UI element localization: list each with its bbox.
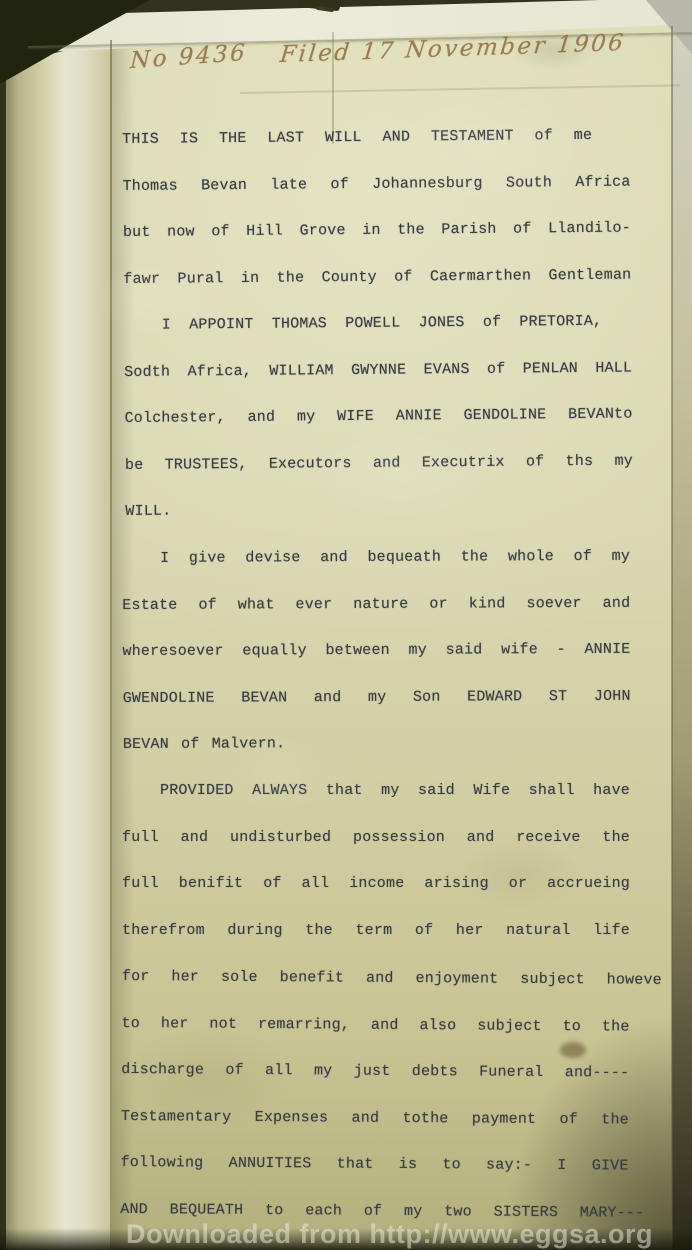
text-paragraph: THIS IS THE LAST WILL AND TESTAMENT of m… xyxy=(122,119,685,527)
text-line: to her not remarring, and also subject t… xyxy=(121,1007,629,1042)
text-line: therefrom during the term of her natural… xyxy=(122,915,630,946)
text-line: fawr Pural in the County of Caermarthen … xyxy=(123,259,631,294)
text-line: Sodth Africa, WILLIAM GWYNNE EVANS of PE… xyxy=(124,352,632,387)
text-paragraph: PROVIDED ALWAYS that my said Wife shall … xyxy=(122,775,682,946)
text-line: I give devise and bequeath the whole of … xyxy=(122,540,630,573)
text-line: discharge of all my just debts Funeral a… xyxy=(121,1054,629,1089)
scanned-will-document: No 9436 Filed 17 November 1906 THIS IS T… xyxy=(0,0,692,1250)
text-line: Thomas Bevan late of Johannesburg South … xyxy=(122,166,630,201)
text-line: I APPOINT THOMAS POWELL JONES of PRETORI… xyxy=(124,306,632,341)
text-line: following ANNUITIES that is to say:- I G… xyxy=(120,1147,628,1182)
text-line: Testamentary Expenses and tothe payment … xyxy=(121,1100,629,1135)
text-paragraph: I give devise and bequeath the whole of … xyxy=(122,540,683,759)
text-line: wheresoever equally between my said wife… xyxy=(122,633,630,666)
text-line: for her sole benefit and enjoyment subje… xyxy=(122,961,662,996)
text-line: Colchester, and my WIFE ANNIE GENDOLINE … xyxy=(124,399,632,434)
text-line: BEVAN of Malvern. xyxy=(123,726,631,759)
text-line: GWENDOLINE BEVAN and my Son EDWARD ST JO… xyxy=(123,680,631,713)
page-edge-line xyxy=(110,40,112,1250)
text-line: THIS IS THE LAST WILL AND TESTAMENT of m… xyxy=(122,120,592,155)
underlying-page-edge xyxy=(6,0,112,1250)
will-text-body: THIS IS THE LAST WILL AND TESTAMENT of m… xyxy=(122,124,682,1240)
text-line: full benifit of all income arising or ac… xyxy=(122,868,630,899)
watermark-text: Downloaded from http://www.eggsa.org xyxy=(126,1219,653,1250)
text-line: PROVIDED ALWAYS that my said Wife shall … xyxy=(122,775,630,806)
text-line: be TRUSTEES, Executors and Executrix of … xyxy=(125,445,633,480)
text-line: WILL. xyxy=(125,492,633,527)
text-line: Estate of what ever nature or kind soeve… xyxy=(122,587,630,620)
text-line: but now of Hill Grove in the Parish of L… xyxy=(123,213,631,248)
text-paragraph: for her sole benefit and enjoyment subje… xyxy=(120,961,682,1228)
text-line: full and undisturbed possession and rece… xyxy=(122,822,630,853)
